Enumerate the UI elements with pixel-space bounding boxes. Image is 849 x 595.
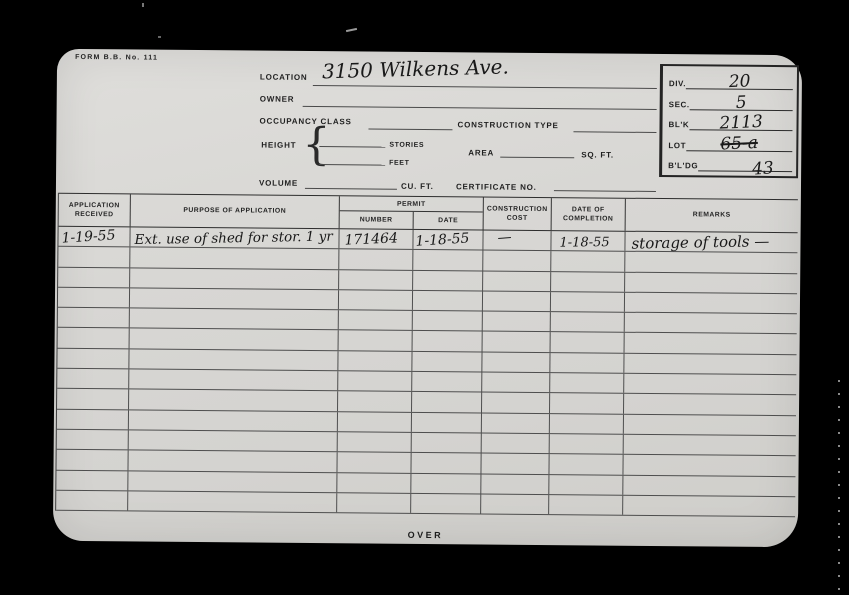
index-card: FORM B.B. No. 111 LOCATION 3150 Wilkens … <box>53 49 802 547</box>
construction-type-underline <box>573 131 656 133</box>
cell-completion <box>551 251 625 271</box>
cell-received <box>58 308 130 328</box>
cell-cost <box>481 494 549 514</box>
area-underline <box>500 157 574 159</box>
cell-date <box>411 453 481 473</box>
parcel-underline: 5 <box>690 89 793 111</box>
parcel-value: 65-a <box>720 132 758 154</box>
cell-received <box>58 267 130 287</box>
cell-received <box>57 369 129 389</box>
scan-artifact-speck <box>158 36 161 38</box>
header-construction-cost: CONSTRUCTION COST <box>484 197 552 230</box>
permit-table-body: 1-19-55Ext. use of shed for stor. 1 yr17… <box>56 227 797 518</box>
cell-date <box>413 291 483 311</box>
cell-number <box>337 493 411 513</box>
cell-number <box>339 290 413 310</box>
construction-type-label: CONSTRUCTION TYPE <box>457 120 558 130</box>
header-date-of-completion: DATE OF COMPLETION <box>552 198 626 231</box>
cell-number <box>337 452 411 472</box>
cell-completion <box>550 434 624 454</box>
cell-date <box>411 473 481 493</box>
cell-received <box>58 247 130 267</box>
cell-remarks <box>623 496 795 517</box>
owner-label: OWNER <box>260 95 295 104</box>
cell-received <box>57 430 129 450</box>
cell-remarks <box>623 455 795 476</box>
cell-received <box>56 491 128 511</box>
permit-table: APPLICATION RECEIVED PURPOSE OF APPLICAT… <box>55 193 798 518</box>
film-edge-marks <box>838 380 840 590</box>
cu-ft-label: CU. FT. <box>401 182 434 191</box>
parcel-underline: 2113 <box>689 109 792 131</box>
parcel-underline: 43 <box>698 150 792 172</box>
cell-date <box>412 433 482 453</box>
cell-number <box>337 473 411 493</box>
cell-remarks <box>624 414 796 435</box>
cell-purpose <box>129 390 338 411</box>
cell-purpose <box>129 369 338 390</box>
cell-received: 1-19-55 <box>58 227 130 247</box>
cell-completion <box>550 393 624 413</box>
header-permit-group: PERMIT NUMBER DATE <box>340 196 484 229</box>
cell-received <box>56 450 128 470</box>
cell-remarks <box>625 333 797 354</box>
parcel-value: 43 <box>752 158 775 179</box>
cell-remarks <box>624 435 796 456</box>
parcel-row: B'L'DG43 <box>668 151 792 172</box>
header-remarks: REMARKS <box>626 199 798 232</box>
cell-date <box>413 331 483 351</box>
certificate-underline <box>554 190 656 192</box>
cell-remarks: storage of tools — <box>625 232 797 253</box>
handwritten-received: 1-19-55 <box>61 227 116 246</box>
cell-number <box>338 351 412 371</box>
cell-remarks <box>624 374 796 395</box>
cell-number <box>338 371 412 391</box>
cell-received <box>57 389 129 409</box>
cell-date <box>413 270 483 290</box>
cell-remarks <box>625 272 797 293</box>
cell-remarks <box>625 313 797 334</box>
header-permit: PERMIT <box>340 196 483 212</box>
occupancy-class-underline <box>368 128 452 130</box>
scan-artifact-speck <box>142 3 144 7</box>
cell-completion <box>551 312 625 332</box>
cell-date <box>412 413 482 433</box>
cell-date <box>411 494 481 514</box>
parcel-label: B'L'DG <box>668 161 698 171</box>
cell-purpose <box>128 491 337 512</box>
cell-date <box>413 250 483 270</box>
scanned-document-viewport: { "card": { "form_number": "FORM B.B. No… <box>0 0 849 595</box>
volume-label: VOLUME <box>259 179 298 188</box>
cell-cost <box>482 352 550 372</box>
parcel-underline: 20 <box>686 68 793 90</box>
header-permit-date: DATE <box>414 212 483 230</box>
cell-number <box>339 310 413 330</box>
header-permit-number: NUMBER <box>340 211 414 229</box>
cell-purpose <box>128 451 337 472</box>
cell-cost <box>483 312 551 332</box>
parcel-label: BL'K <box>668 120 689 130</box>
parcel-label: LOT <box>668 141 686 151</box>
cell-cost <box>483 271 551 291</box>
cell-remarks <box>624 394 796 415</box>
parcel-id-box: DIV.20SEC.5BL'K2113LOT65-aB'L'DG43 <box>659 64 799 178</box>
cell-number <box>339 331 413 351</box>
cell-completion <box>551 272 625 292</box>
parcel-label: DIV. <box>669 79 686 89</box>
cell-remarks <box>623 475 795 496</box>
cell-completion: 1-18-55 <box>551 231 625 251</box>
handwritten-number: 171464 <box>344 230 398 248</box>
cell-purpose <box>129 349 338 370</box>
cell-received <box>57 409 129 429</box>
cell-cost <box>481 474 549 494</box>
cell-received <box>58 328 130 348</box>
location-value: 3150 Wilkens Ave. <box>322 54 509 83</box>
cell-number <box>338 432 412 452</box>
cell-purpose <box>129 410 338 431</box>
owner-underline <box>303 106 657 110</box>
cell-received <box>58 288 130 308</box>
cell-completion <box>550 353 624 373</box>
handwritten-purpose: Ext. use of shed for stor. 1 yr <box>134 228 332 247</box>
cell-number <box>339 270 413 290</box>
scan-artifact-dash <box>346 28 357 32</box>
cell-cost <box>482 433 550 453</box>
parcel-value: 20 <box>728 71 750 92</box>
cell-purpose <box>130 268 339 289</box>
header-application-received: APPLICATION RECEIVED <box>59 194 131 227</box>
cell-purpose: Ext. use of shed for stor. 1 yr <box>130 227 339 248</box>
cell-number: 171464 <box>339 229 413 249</box>
cell-number <box>338 412 412 432</box>
cell-purpose <box>130 288 339 309</box>
location-underline <box>313 85 657 89</box>
volume-underline <box>305 188 397 190</box>
cell-purpose <box>130 309 339 330</box>
parcel-row: SEC.5 <box>669 90 793 111</box>
parcel-value: 2113 <box>719 112 763 134</box>
feet-label: FEET <box>389 160 409 167</box>
cell-cost <box>483 332 551 352</box>
location-label: LOCATION <box>260 73 308 82</box>
parcel-row: LOT65-a <box>668 131 792 152</box>
handwritten-remarks: storage of tools — <box>631 232 769 252</box>
cell-completion <box>550 414 624 434</box>
cell-number <box>338 392 412 412</box>
cell-cost <box>481 454 549 474</box>
cell-purpose <box>130 329 339 350</box>
stories-label: STORIES <box>389 142 424 149</box>
handwritten-cost: — <box>497 229 512 246</box>
cell-received <box>56 470 128 490</box>
cell-date <box>413 311 483 331</box>
over-label: OVER <box>53 527 798 544</box>
parcel-underline: 65-a <box>686 130 792 152</box>
cell-cost <box>482 393 550 413</box>
cell-cost <box>483 251 551 271</box>
cell-completion <box>549 475 623 495</box>
cell-cost <box>482 373 550 393</box>
handwritten-completion: 1-18-55 <box>559 235 609 250</box>
cell-cost <box>482 413 550 433</box>
parcel-label: SEC. <box>669 100 690 110</box>
cell-purpose <box>129 430 338 451</box>
height-brace: { <box>302 123 330 167</box>
cell-purpose <box>128 471 337 492</box>
area-label: AREA <box>468 148 494 157</box>
cell-date: 1-18-55 <box>413 230 483 250</box>
cell-date <box>412 372 482 392</box>
cell-completion <box>549 454 623 474</box>
handwritten-date: 1-18-55 <box>415 230 470 249</box>
form-number: FORM B.B. No. 111 <box>75 54 158 62</box>
cell-date <box>412 352 482 372</box>
cell-cost: — <box>483 230 551 250</box>
cell-remarks <box>625 293 797 314</box>
parcel-row: BL'K2113 <box>668 110 792 131</box>
height-label: HEIGHT <box>261 141 296 150</box>
cell-completion <box>551 333 625 353</box>
cell-cost <box>483 291 551 311</box>
cell-remarks <box>624 354 796 375</box>
cell-date <box>412 392 482 412</box>
cell-received <box>57 349 129 369</box>
header-purpose-of-application: PURPOSE OF APPLICATION <box>131 194 340 228</box>
cell-completion <box>551 292 625 312</box>
cell-number <box>339 250 413 270</box>
cell-completion <box>549 495 623 515</box>
cell-completion <box>550 373 624 393</box>
sq-ft-label: SQ. FT. <box>581 150 614 159</box>
cell-remarks <box>625 252 797 273</box>
parcel-value: 5 <box>735 92 747 112</box>
cell-purpose <box>130 248 339 269</box>
certificate-no-label: CERTIFICATE NO. <box>456 182 537 192</box>
parcel-row: DIV.20 <box>669 69 793 90</box>
